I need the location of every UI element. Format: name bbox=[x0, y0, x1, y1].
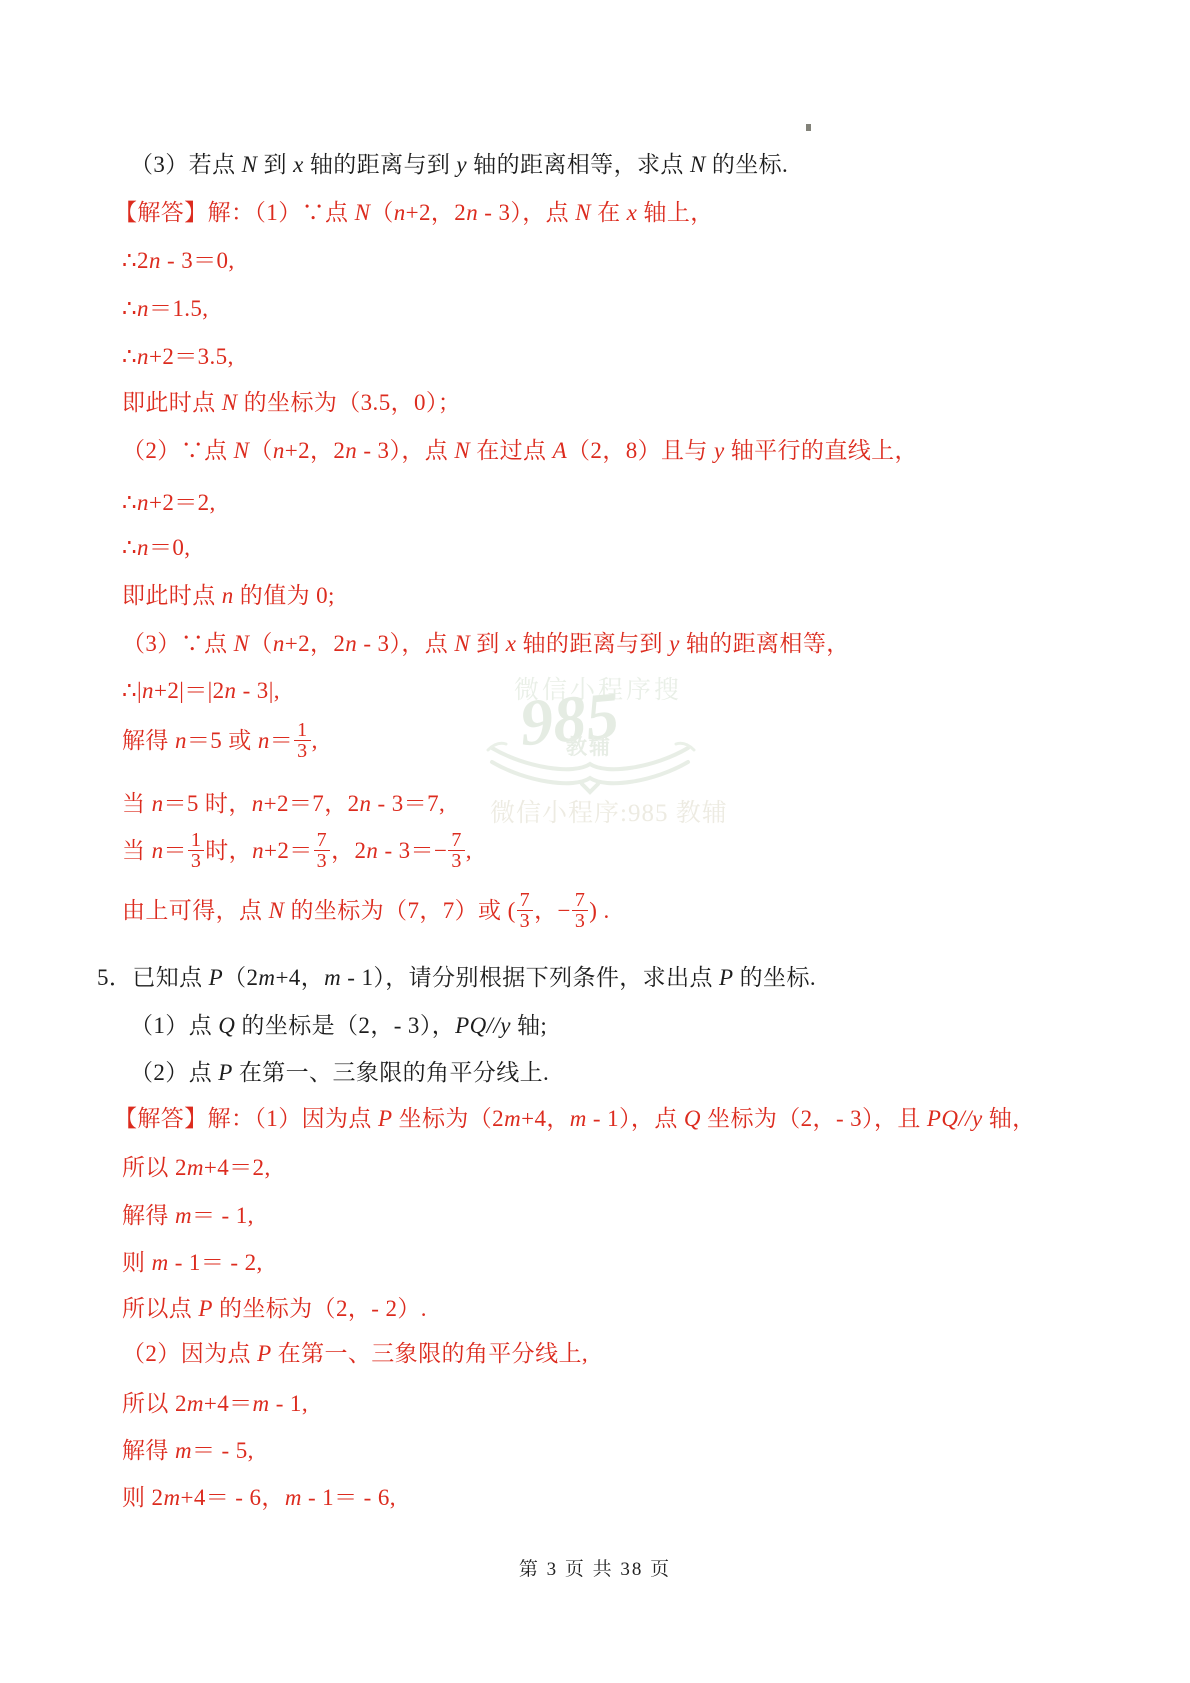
watermark-search-text: 微信小程序搜 bbox=[514, 670, 682, 706]
solution-line: 即此时点 n 的值为 0; bbox=[122, 581, 335, 611]
solution-line: （3）∵点 N（n+2，2n - 3），点 N 到 x 轴的距离与到 y 轴的距… bbox=[122, 629, 850, 659]
solution-line: 【解答】解：（1）因为点 P 坐标为（2m+4，m - 1），点 Q 坐标为（2… bbox=[114, 1104, 1036, 1134]
solution-line: （2）因为点 P 在第一、三象限的角平分线上, bbox=[122, 1339, 588, 1369]
page-footer: 第 3 页 共 38 页 bbox=[0, 1554, 1190, 1581]
problem-5-sub2: （2）点 P 在第一、三象限的角平分线上. bbox=[130, 1058, 549, 1088]
open-book-icon bbox=[486, 738, 696, 796]
solution-line: 即此时点 N 的坐标为（3.5，0）； bbox=[122, 388, 461, 418]
fraction: 73 bbox=[516, 890, 534, 932]
fraction: 73 bbox=[447, 830, 465, 872]
solution-line: 则 m - 1＝ - 2, bbox=[122, 1248, 263, 1278]
fraction: 13 bbox=[187, 830, 205, 872]
fraction: 13 bbox=[293, 720, 311, 762]
solution-line: ∴|n+2|＝|2n - 3|, bbox=[122, 676, 280, 706]
document-page: 微信小程序搜 985 教辅 微信小程序:985 教辅 （3）若点 N 到 x 轴… bbox=[0, 0, 1190, 1683]
solution-line: ∴2n - 3＝0, bbox=[122, 246, 235, 276]
solution-line: 解得 m＝ - 1, bbox=[122, 1201, 254, 1231]
solution-line: 所以点 P 的坐标为（2，- 2）. bbox=[122, 1294, 427, 1324]
solution-line: ∴n＝1.5, bbox=[122, 294, 208, 324]
watermark-985-logo: 985 bbox=[517, 678, 622, 762]
solution-line: ∴n＝0, bbox=[122, 533, 190, 563]
solution-line: 所以 2m+4＝2, bbox=[122, 1153, 271, 1183]
solution-line: 【解答】解：（1）∵点 N（n+2，2n - 3），点 N 在 x 轴上， bbox=[114, 198, 714, 228]
solution-line: 解得 n＝5 或 n＝13, bbox=[122, 722, 318, 764]
solution-line: 所以 2m+4＝m - 1, bbox=[122, 1389, 308, 1419]
problem-3-line: （3）若点 N 到 x 轴的距离与到 y 轴的距离相等，求点 N 的坐标. bbox=[130, 150, 788, 180]
solution-line: 解得 m＝ - 5, bbox=[122, 1436, 254, 1466]
solution-line: ∴n+2＝2, bbox=[122, 488, 216, 518]
solution-line: 当 n＝5 时，n+2＝7，2n - 3＝7, bbox=[122, 789, 445, 819]
fraction: 73 bbox=[571, 890, 589, 932]
solution-line: （2）∵点 N（n+2，2n - 3），点 N 在过点 A（2，8）且与 y 轴… bbox=[122, 436, 918, 466]
scan-speck bbox=[806, 124, 811, 131]
solution-line: 则 2m+4＝ - 6，m - 1＝ - 6, bbox=[122, 1483, 396, 1513]
watermark-caption-text: 微信小程序:985 教辅 bbox=[490, 793, 728, 829]
problem-5-line: 5．已知点 P（2m+4，m - 1），请分别根据下列条件，求出点 P 的坐标. bbox=[97, 963, 816, 993]
solution-line: 当 n＝13时，n+2＝73，2n - 3＝−73, bbox=[122, 832, 472, 874]
problem-5-sub1: （1）点 Q 的坐标是（2，- 3），PQ//y 轴; bbox=[130, 1011, 547, 1041]
watermark-jiaofu-text: 教辅 bbox=[566, 731, 612, 761]
fraction: 73 bbox=[313, 830, 331, 872]
solution-line: ∴n+2＝3.5, bbox=[122, 342, 234, 372]
solution-line: 由上可得，点 N 的坐标为（7，7）或 (73，−73) . bbox=[122, 892, 610, 934]
